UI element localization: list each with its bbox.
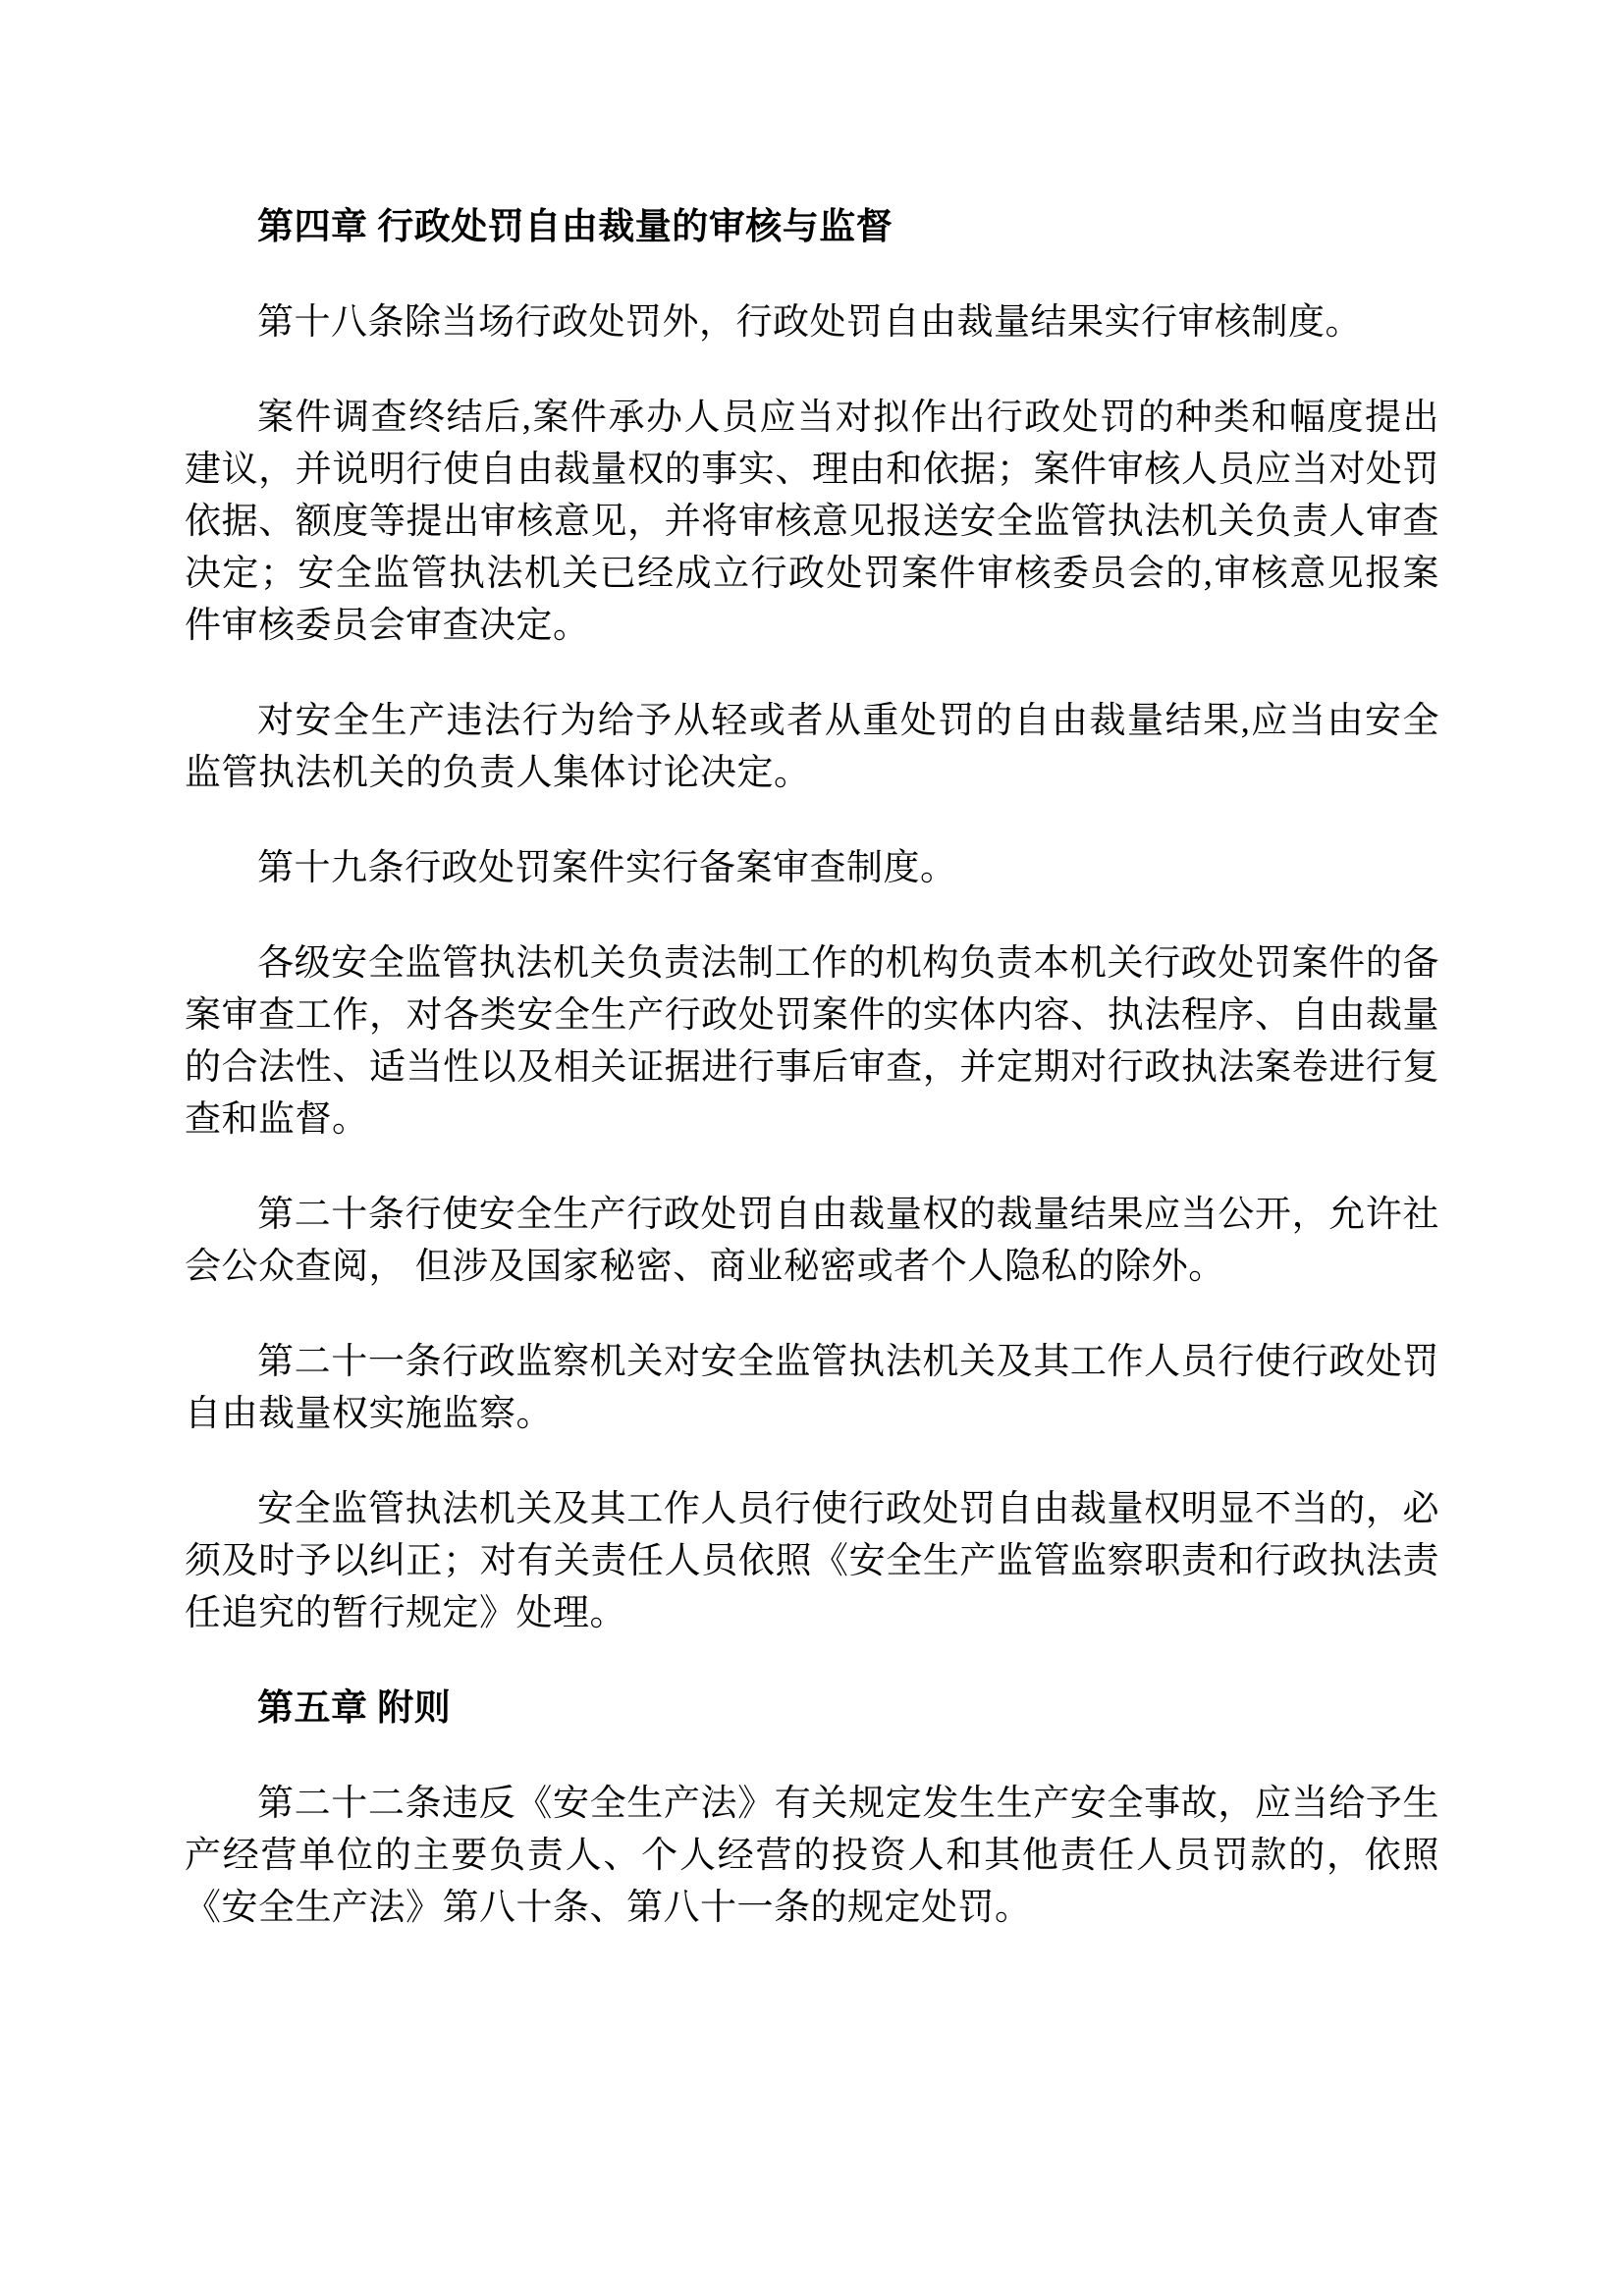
paragraph-article-18: 第十八条除当场行政处罚外，行政处罚自由裁量结果实行审核制度。 [185,296,1439,348]
paragraph-article-20: 第二十条行使安全生产行政处罚自由裁量权的裁量结果应当公开，允许社会公众查阅， 但… [185,1189,1439,1293]
paragraph-correction-responsibility: 安全监管执法机关及其工作人员行使行政处罚自由裁量权明显不当的，必须及时予以纠正；… [185,1483,1439,1639]
document-page: 第四章 行政处罚自由裁量的审核与监督 第十八条除当场行政处罚外，行政处罚自由裁量… [0,0,1624,2296]
chapter-5-heading: 第五章 附则 [185,1682,1439,1735]
paragraph-article-22: 第二十二条违反《安全生产法》有关规定发生生产安全事故，应当给予生产经营单位的主要… [185,1778,1439,1934]
paragraph-collective-discussion: 对安全生产违法行为给予从轻或者从重处罚的自由裁量结果,应当由安全监管执法机关的负… [185,695,1439,799]
paragraph-article-19: 第十九条行政处罚案件实行备案审查制度。 [185,842,1439,894]
document-body: 第四章 行政处罚自由裁量的审核与监督 第十八条除当场行政处罚外，行政处罚自由裁量… [185,201,1439,1934]
paragraph-case-review-procedure: 案件调查终结后,案件承办人员应当对拟作出行政处罚的种类和幅度提出建议，并说明行使… [185,392,1439,652]
paragraph-record-review: 各级安全监管执法机关负责法制工作的机构负责本机关行政处罚案件的备案审查工作，对各… [185,937,1439,1146]
chapter-4-heading: 第四章 行政处罚自由裁量的审核与监督 [185,201,1439,253]
paragraph-article-21: 第二十一条行政监察机关对安全监管执法机关及其工作人员行使行政处罚自由裁量权实施监… [185,1336,1439,1440]
